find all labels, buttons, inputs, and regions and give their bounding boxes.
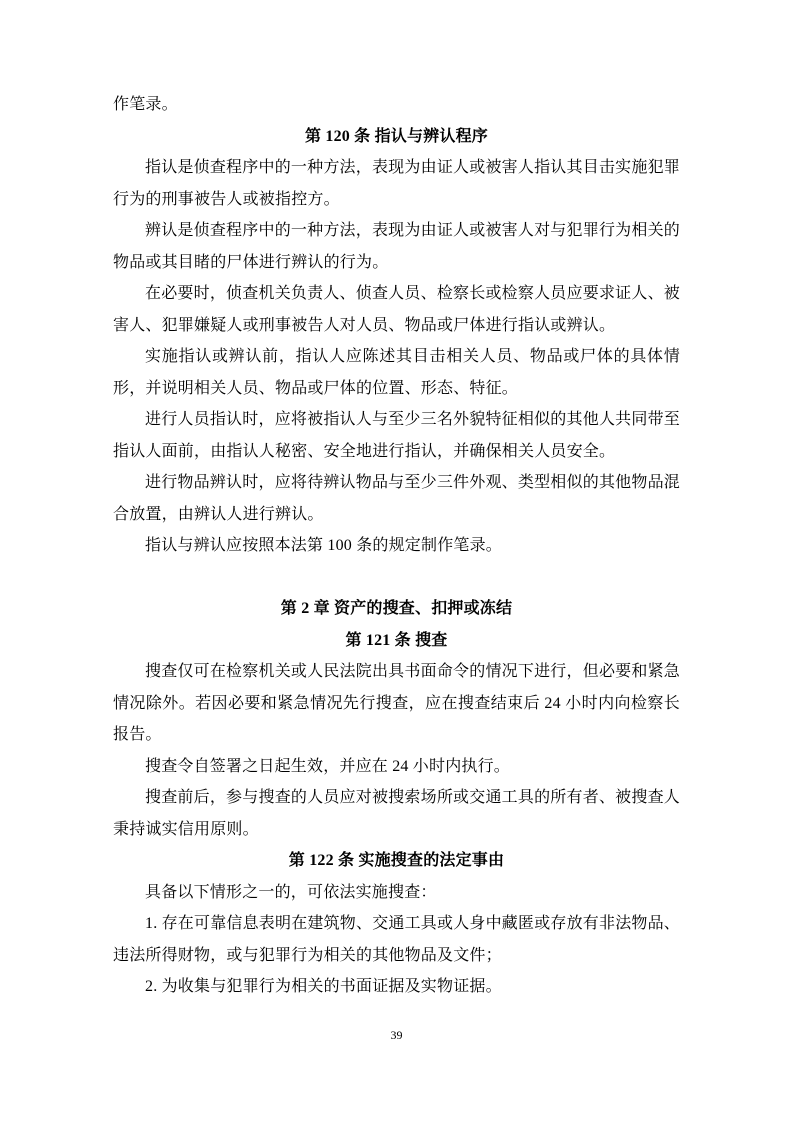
article-121-heading: 第 121 条 搜查 — [113, 625, 680, 657]
article-120-para-5: 进行人员指认时，应将被指认人与至少三名外貌特征相似的其他人共同带至指认人面前，由… — [113, 404, 680, 467]
article-120-para-3: 在必要时，侦查机关负责人、侦查人员、检察长或检察人员应要求证人、被害人、犯罪嫌疑… — [113, 278, 680, 341]
article-120-para-7: 指认与辨认应按照本法第 100 条的规定制作笔录。 — [113, 530, 680, 562]
continuation-paragraph: 作笔录。 — [113, 89, 680, 121]
page-number: 39 — [0, 1026, 793, 1044]
article-120-para-4: 实施指认或辨认前，指认人应陈述其目击相关人员、物品或尸体的具体情形，并说明相关人… — [113, 341, 680, 404]
article-120-para-6: 进行物品辨认时，应将待辨认物品与至少三件外观、类型相似的其他物品混合放置，由辨认… — [113, 467, 680, 530]
article-121-para-3: 搜查前后，参与搜查的人员应对被搜索场所或交通工具的所有者、被搜查人秉持诚实信用原… — [113, 782, 680, 845]
article-120-heading: 第 120 条 指认与辨认程序 — [113, 121, 680, 153]
article-120-para-1: 指认是侦查程序中的一种方法，表现为由证人或被害人指认其目击实施犯罪行为的刑事被告… — [113, 152, 680, 215]
document-page: 作笔录。 第 120 条 指认与辨认程序 指认是侦查程序中的一种方法，表现为由证… — [0, 0, 793, 1122]
chapter-2-heading: 第 2 章 资产的搜查、扣押或冻结 — [113, 593, 680, 625]
document-body: 作笔录。 第 120 条 指认与辨认程序 指认是侦查程序中的一种方法，表现为由证… — [113, 89, 680, 1003]
article-122-item-2: 2. 为收集与犯罪行为相关的书面证据及实物证据。 — [113, 971, 680, 1003]
article-122-item-1: 1. 存在可靠信息表明在建筑物、交通工具或人身中藏匿或存放有非法物品、违法所得财… — [113, 908, 680, 971]
article-121-para-1: 搜查仅可在检察机关或人民法院出具书面命令的情况下进行，但必要和紧急情况除外。若因… — [113, 656, 680, 751]
article-121-para-2: 搜查令自签署之日起生效，并应在 24 小时内执行。 — [113, 751, 680, 783]
article-122-para-1: 具备以下情形之一的，可依法实施搜查： — [113, 877, 680, 909]
article-122-heading: 第 122 条 实施搜查的法定事由 — [113, 845, 680, 877]
article-120-para-2: 辨认是侦查程序中的一种方法，表现为由证人或被害人对与犯罪行为相关的物品或其目睹的… — [113, 215, 680, 278]
